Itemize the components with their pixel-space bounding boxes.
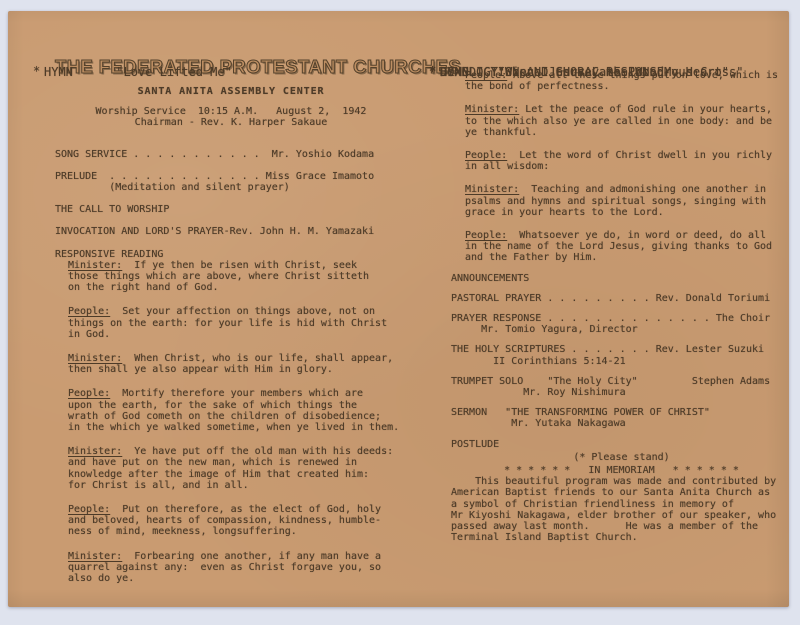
responsive-reading-paragraph: People: Put on therefore, as the elect o… [55,504,407,538]
line-text: PRELUDE . . . . . . . . . . . . . Miss G… [55,171,374,193]
line-text: THE CALL TO WORSHIP [55,204,169,215]
program-line: INVOCATION AND LORD'S PRAYER-Rev. John H… [55,226,407,237]
line-text: BENEDICTION AND CHORAL RESPONSE [440,65,664,79]
speaker-label: Minister: [68,446,122,457]
program-subtitle: SANTA ANITA ASSEMBLY CENTER [55,86,407,97]
line-text: Let the word of Christ dwell in you rich… [465,150,772,172]
speaker-label: Minister: [465,184,519,195]
program-line: SERMON "THE TRANSFORMING POWER OF CHRIST… [451,407,792,429]
program-line: THE HOLY SCRIPTURES . . . . . . . Rev. L… [451,344,792,366]
line-text: POSTLUDE [451,439,499,450]
speaker-label: Minister: [465,104,519,115]
speaker-label: People: [68,504,110,515]
line-text: Put on therefore, as the elect of God, h… [68,504,381,537]
responsive-reading-paragraph: Minister: If ye then be risen with Chris… [55,260,407,294]
line-text: Mortify therefore your members which are… [68,388,399,433]
line-text: This beautiful program was made and cont… [451,476,776,543]
program-line: (* Please stand) [451,452,792,463]
line-text: Set your affection on things above, not … [68,306,387,339]
line-text: INVOCATION AND LORD'S PRAYER-Rev. John H… [55,226,374,237]
responsive-reading-paragraph: Minister: Let the peace of God rule in y… [451,104,792,138]
program-line: PRAYER RESPONSE . . . . . . . . . . . . … [451,313,792,335]
speaker-label: People: [465,150,507,161]
chairman-line: Chairman - Rev. K. Harper Sakaue [55,117,407,128]
speaker-label: People: [68,306,110,317]
speaker-label: Minister: [68,260,122,271]
program-paper: THE FEDERATED PROTESTANT CHURCHES SANTA … [8,11,789,607]
line-text: (* Please stand) [573,452,669,463]
program-line: PASTORAL PRAYER . . . . . . . . . Rev. D… [451,293,792,304]
line-text: * * * * * * IN MEMORIAM * * * * * * [504,465,739,476]
speaker-label: People: [465,230,507,241]
responsive-reading-paragraph: Minister: Ye have put off the old man wi… [55,446,407,491]
speaker-label: Minister: [68,551,122,562]
speaker-label: Minister: [68,353,122,364]
program-line: ANNOUNCEMENTS [451,273,792,284]
stand-marker: * [429,66,436,77]
speaker-label: People: [68,388,110,399]
responsive-reading-paragraph: Minister: When Christ, who is our life, … [55,353,407,375]
responsive-reading-paragraph: People: Mortify therefore your members w… [55,388,407,433]
line-text: SONG SERVICE . . . . . . . . . . . Mr. Y… [55,149,374,160]
responsive-reading-paragraph: People: Whatsoever ye do, in word or dee… [451,230,792,264]
program-line: This beautiful program was made and cont… [451,476,792,543]
left-column-items: SONG SERVICE . . . . . . . . . . . Mr. Y… [55,149,407,585]
line-text: TRUMPET SOLO "The Holy City" Stephen Ada… [451,376,770,398]
responsive-reading-paragraph: People: Let the word of Christ dwell in … [451,150,792,172]
line-text: PRAYER RESPONSE . . . . . . . . . . . . … [451,313,770,335]
responsive-reading-paragraph: People: Set your affection on things abo… [55,306,407,340]
program-line: TRUMPET SOLO "The Holy City" Stephen Ada… [451,376,792,398]
line-text: THE HOLY SCRIPTURES . . . . . . . Rev. L… [451,344,764,366]
line-text: Whatsoever ye do, in word or deed, do al… [465,230,772,263]
program-line: THE CALL TO WORSHIP [55,204,407,215]
program-line: *BENEDICTION AND CHORAL RESPONSE [440,67,664,78]
line-text: PASTORAL PRAYER . . . . . . . . . Rev. D… [451,293,770,304]
line-text: RESPONSIVE READING [55,249,163,260]
program-line: PRELUDE . . . . . . . . . . . . . Miss G… [55,171,407,193]
responsive-reading-paragraph: Minister: Teaching and admonishing one a… [451,184,792,218]
right-column: People: Above all these things put on lo… [451,58,792,544]
service-datetime-line: Worship Service 10:15 A.M. August 2, 194… [55,106,407,117]
line-text: ANNOUNCEMENTS [451,273,529,284]
line-text: SERMON "THE TRANSFORMING POWER OF CHRIST… [451,407,710,429]
left-column: THE FEDERATED PROTESTANT CHURCHES SANTA … [55,56,407,584]
program-line: RESPONSIVE READING [55,249,407,260]
stand-marker: * [33,66,40,77]
program-line: POSTLUDE [451,439,792,450]
program-line: *HYMN "Love Lifted Me" [44,67,232,78]
responsive-reading-paragraph: Minister: Forbearing one another, if any… [55,551,407,585]
program-line: SONG SERVICE . . . . . . . . . . . Mr. Y… [55,149,407,160]
line-text: HYMN "Love Lifted Me" [44,65,232,79]
program-line: * * * * * * IN MEMORIAM * * * * * * [451,465,792,476]
